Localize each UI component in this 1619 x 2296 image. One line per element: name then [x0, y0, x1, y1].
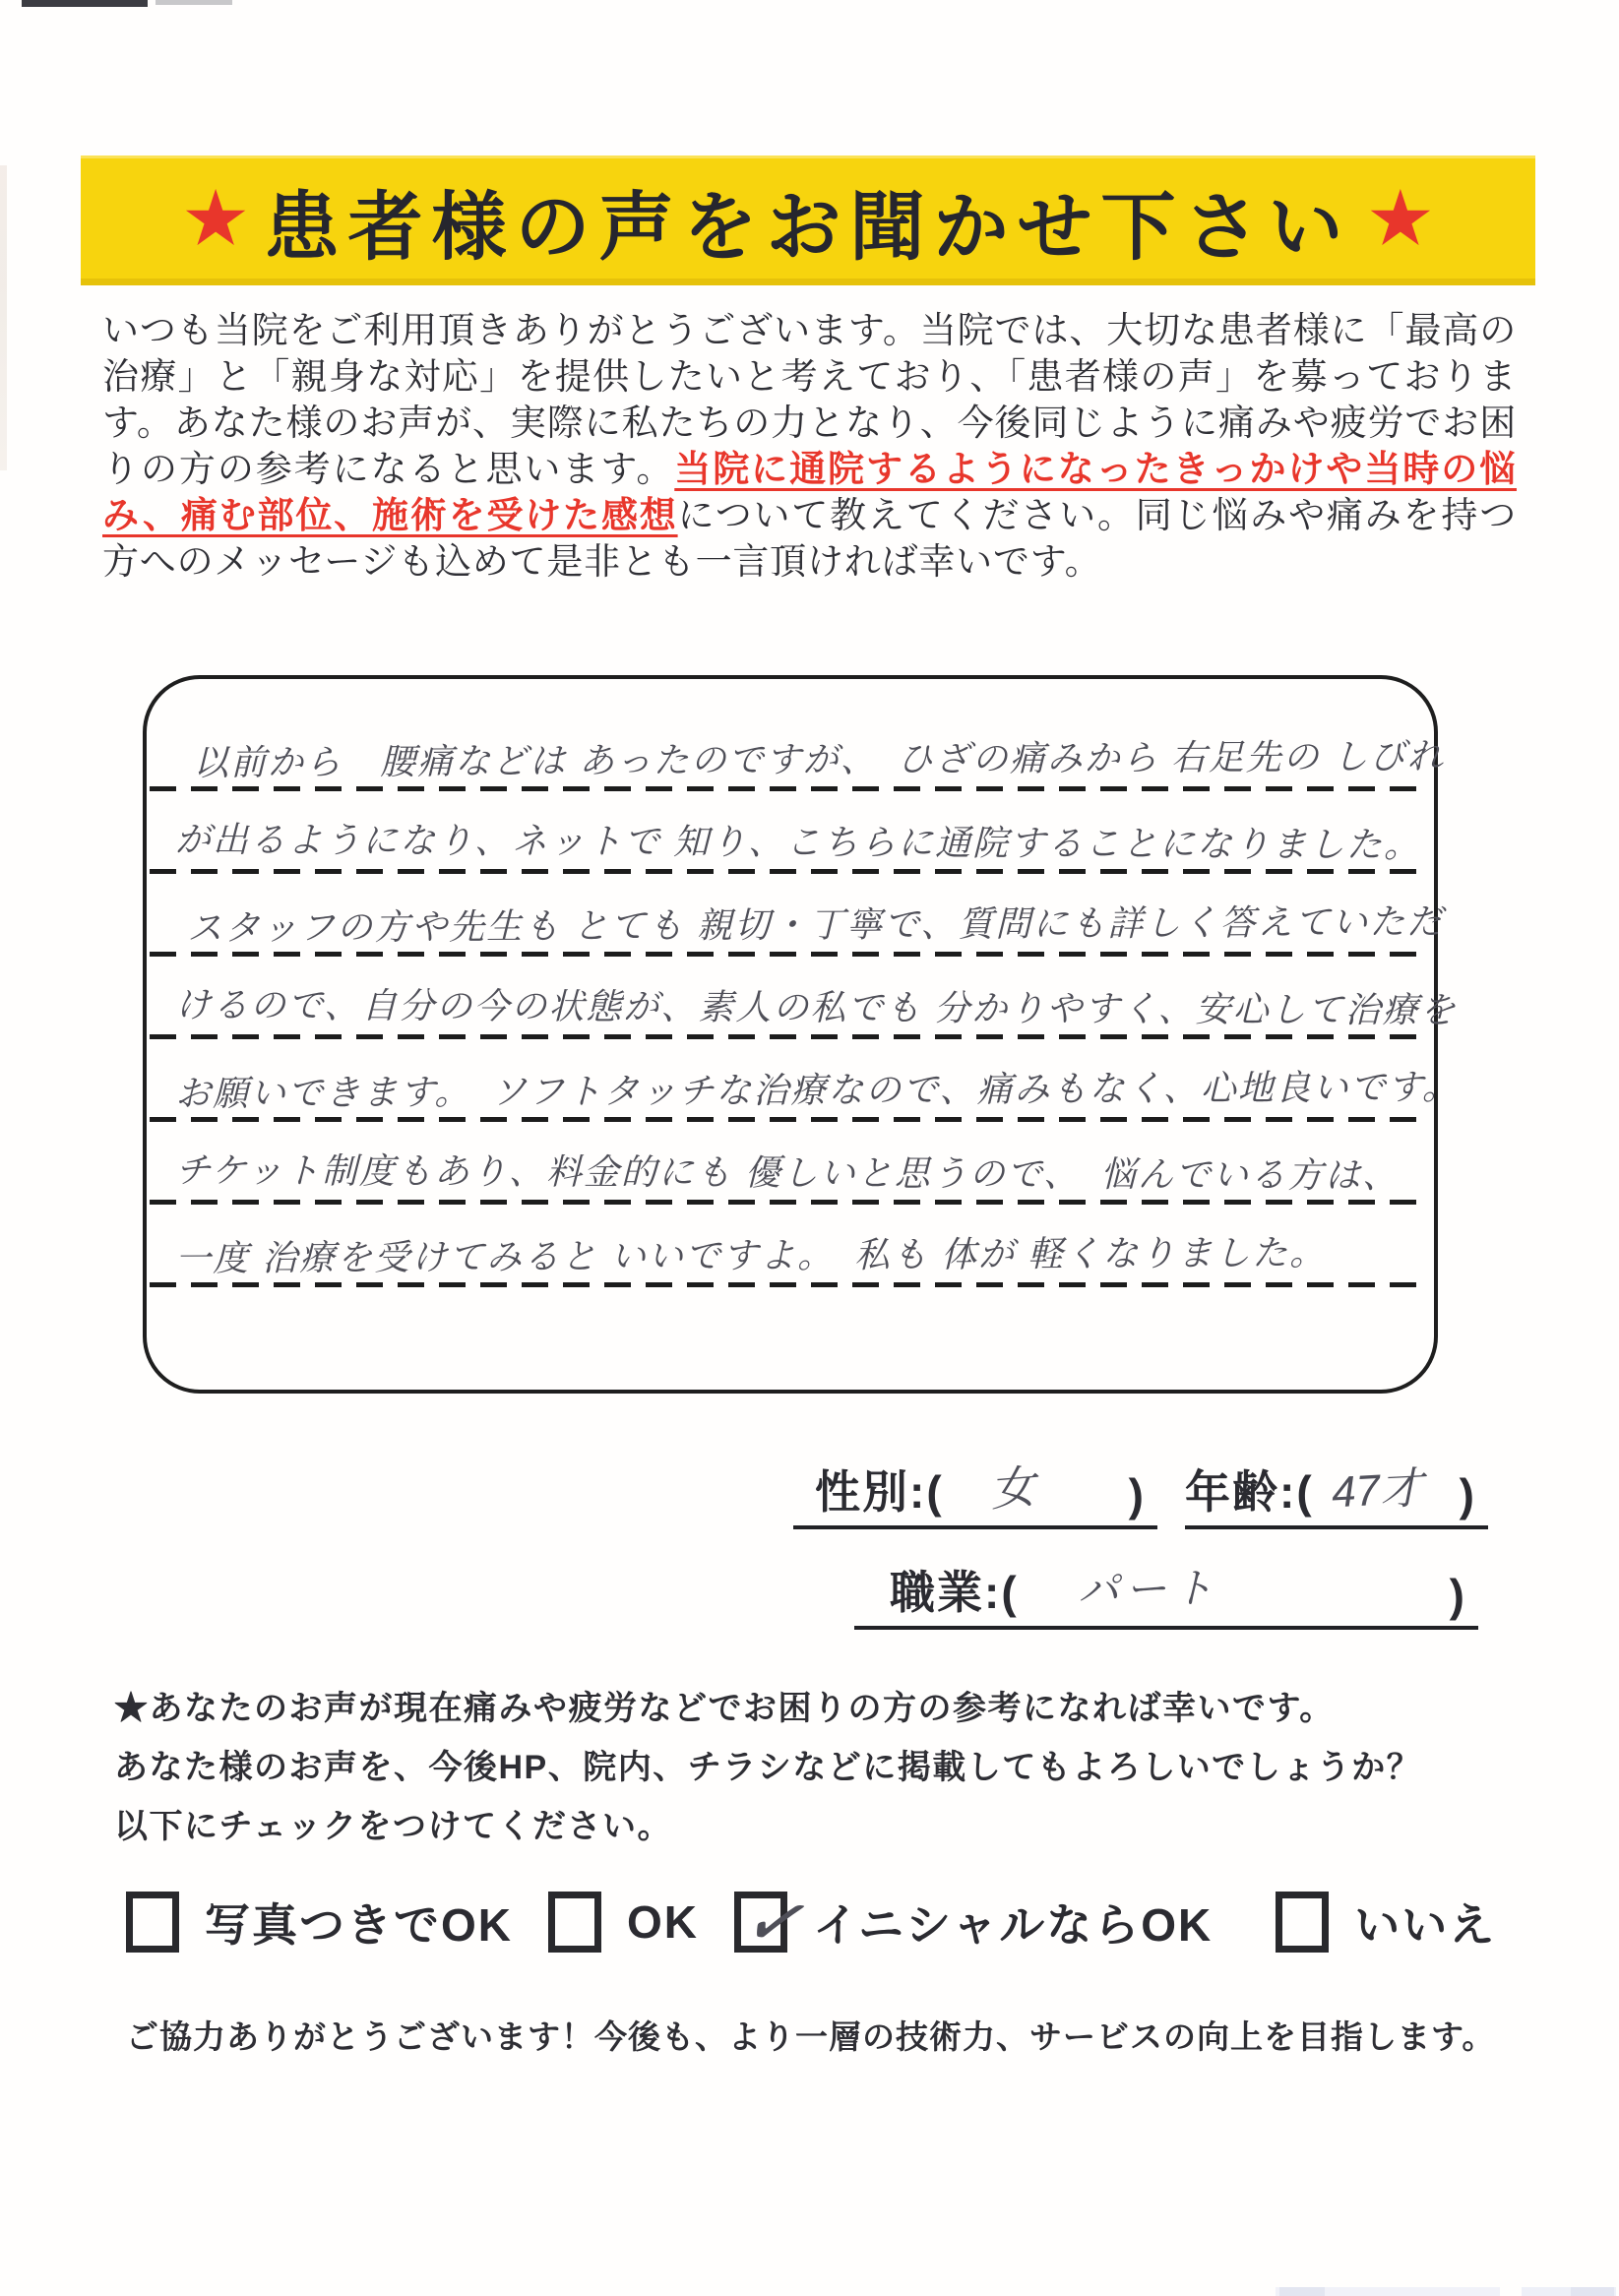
handwritten-text: スタッフの方や先生も とても 親切・丁寧で、質問にも詳しく答えていただ	[187, 895, 1445, 952]
age-close-paren: )	[1460, 1468, 1488, 1525]
scan-artifact-top	[22, 0, 148, 7]
age-field: 年齢:( 47才 )	[1185, 1462, 1488, 1529]
age-value-handwritten: 47才	[1330, 1453, 1425, 1528]
occupation-value-handwritten: パート	[1077, 1556, 1219, 1628]
star-icon: ★	[1370, 178, 1432, 259]
gender-close-paren: )	[1129, 1468, 1157, 1525]
footer-thanks: ご協力ありがとうございます！今後も、より一層の技術力、サービスの向上を目指します…	[126, 2012, 1495, 2058]
age-label: 年齢:(	[1185, 1457, 1314, 1525]
testimonial-line: が出るようになり、ネットで 知り、こちらに通院することになりました。	[150, 791, 1431, 874]
testimonial-line: チケット制度もあり、料金的にも 優しいと思うので、 悩んでいる方は、	[150, 1122, 1431, 1205]
testimonial-line: スタッフの方や先生も とても 親切・丁寧で、質問にも詳しく答えていただ	[150, 874, 1431, 957]
scan-artifact-top-2	[156, 0, 232, 5]
option-initials-ok-label: イニシャルならOK	[813, 1890, 1213, 1955]
page-title-text: 患者様の声をお聞かせ下さい	[265, 167, 1352, 275]
option-photo-ok: 写真つきでOK	[126, 1890, 513, 1955]
checkbox-initials-ok: ✓	[734, 1892, 787, 1953]
scanned-feedback-form: ★ 患者様の声をお聞かせ下さい ★ いつも当院をご利用頂きありがとうございます。…	[0, 0, 1619, 2296]
occupation-label: 職業:(	[854, 1557, 1019, 1626]
checkmark-icon: ✓	[738, 1887, 807, 1958]
intro-paragraph: いつも当院をご利用頂きありがとうございます。当院では、大切な患者様に「最高の治療…	[102, 307, 1517, 585]
checkbox-ok	[548, 1892, 601, 1953]
publication-options: 写真つきでOK OK ✓ イニシャルならOK いいえ	[126, 1890, 1496, 1955]
checkbox-photo-ok	[126, 1892, 179, 1953]
gender-field: 性別:( 女 )	[793, 1462, 1157, 1529]
option-no-label: いいえ	[1354, 1890, 1496, 1955]
option-ok: OK	[548, 1892, 699, 1953]
occupation-field: 職業:( パート )	[854, 1557, 1478, 1630]
consent-line-2: あなた様のお声を、今後HP、院内、チラシなどに掲載してもよろしいでしょうか？	[114, 1742, 1551, 1801]
gender-value-handwritten: 女	[987, 1451, 1038, 1527]
testimonial-line: 以前から 腰痛などは あったのですが、 ひざの痛みから 右足先の しびれ	[150, 709, 1431, 791]
option-initials-ok: ✓ イニシャルならOK	[734, 1890, 1213, 1955]
occupation-close-paren: )	[1450, 1569, 1478, 1626]
consent-line-3: 以下にチェックをつけてください。	[114, 1801, 1551, 1860]
title-banner: ★ 患者様の声をお聞かせ下さい ★	[81, 155, 1535, 285]
testimonial-line: お願いできます。 ソフトタッチな治療なので、痛みもなく、心地良いです。	[150, 1039, 1431, 1122]
handwritten-text: けるので、自分の今の状態が、素人の私でも 分かりやすく、安心して治療を	[175, 977, 1458, 1033]
handwritten-text: が出るようになり、ネットで 知り、こちらに通院することになりました。	[175, 812, 1421, 868]
checkbox-no	[1276, 1892, 1329, 1953]
page-title: ★ 患者様の声をお聞かせ下さい ★	[167, 167, 1450, 275]
option-no: いいえ	[1276, 1890, 1496, 1955]
consent-line-1: ★あなたのお声が現在痛みや疲労などでお困りの方の参考になれば幸いです。	[114, 1683, 1551, 1742]
handwritten-text: 一度 治療を受けてみると いいですよ。 私も 体が 軽くなりました。	[175, 1225, 1327, 1281]
handwritten-text: 以前から 腰痛などは あったのですが、 ひざの痛みから 右足先の しびれ	[193, 729, 1445, 786]
testimonial-line: けるので、自分の今の状態が、素人の私でも 分かりやすく、安心して治療を	[150, 957, 1431, 1039]
option-photo-ok-label: 写真つきでOK	[205, 1890, 513, 1955]
testimonial-lines: 以前から 腰痛などは あったのですが、 ひざの痛みから 右足先の しびれ が出る…	[150, 709, 1431, 1287]
testimonial-line: 一度 治療を受けてみると いいですよ。 私も 体が 軽くなりました。	[150, 1205, 1431, 1287]
gender-label: 性別:(	[793, 1457, 944, 1525]
handwritten-text: お願いできます。 ソフトタッチな治療なので、痛みもなく、心地良いです。	[175, 1060, 1460, 1117]
star-icon: ★	[185, 178, 247, 259]
scan-artifact-bottom-2	[1279, 2287, 1325, 2296]
handwritten-text: チケット制度もあり、料金的にも 優しいと思うので、 悩んでいる方は、	[175, 1143, 1400, 1198]
option-ok-label: OK	[627, 1895, 699, 1949]
scan-artifact-left-edge	[0, 165, 7, 470]
consent-section: ★あなたのお声が現在痛みや疲労などでお困りの方の参考になれば幸いです。 あなた様…	[114, 1683, 1551, 1860]
testimonial-box: 以前から 腰痛などは あったのですが、 ひざの痛みから 右足先の しびれ が出る…	[143, 675, 1438, 1394]
scan-artifact-bottom-4	[1571, 2287, 1614, 2296]
